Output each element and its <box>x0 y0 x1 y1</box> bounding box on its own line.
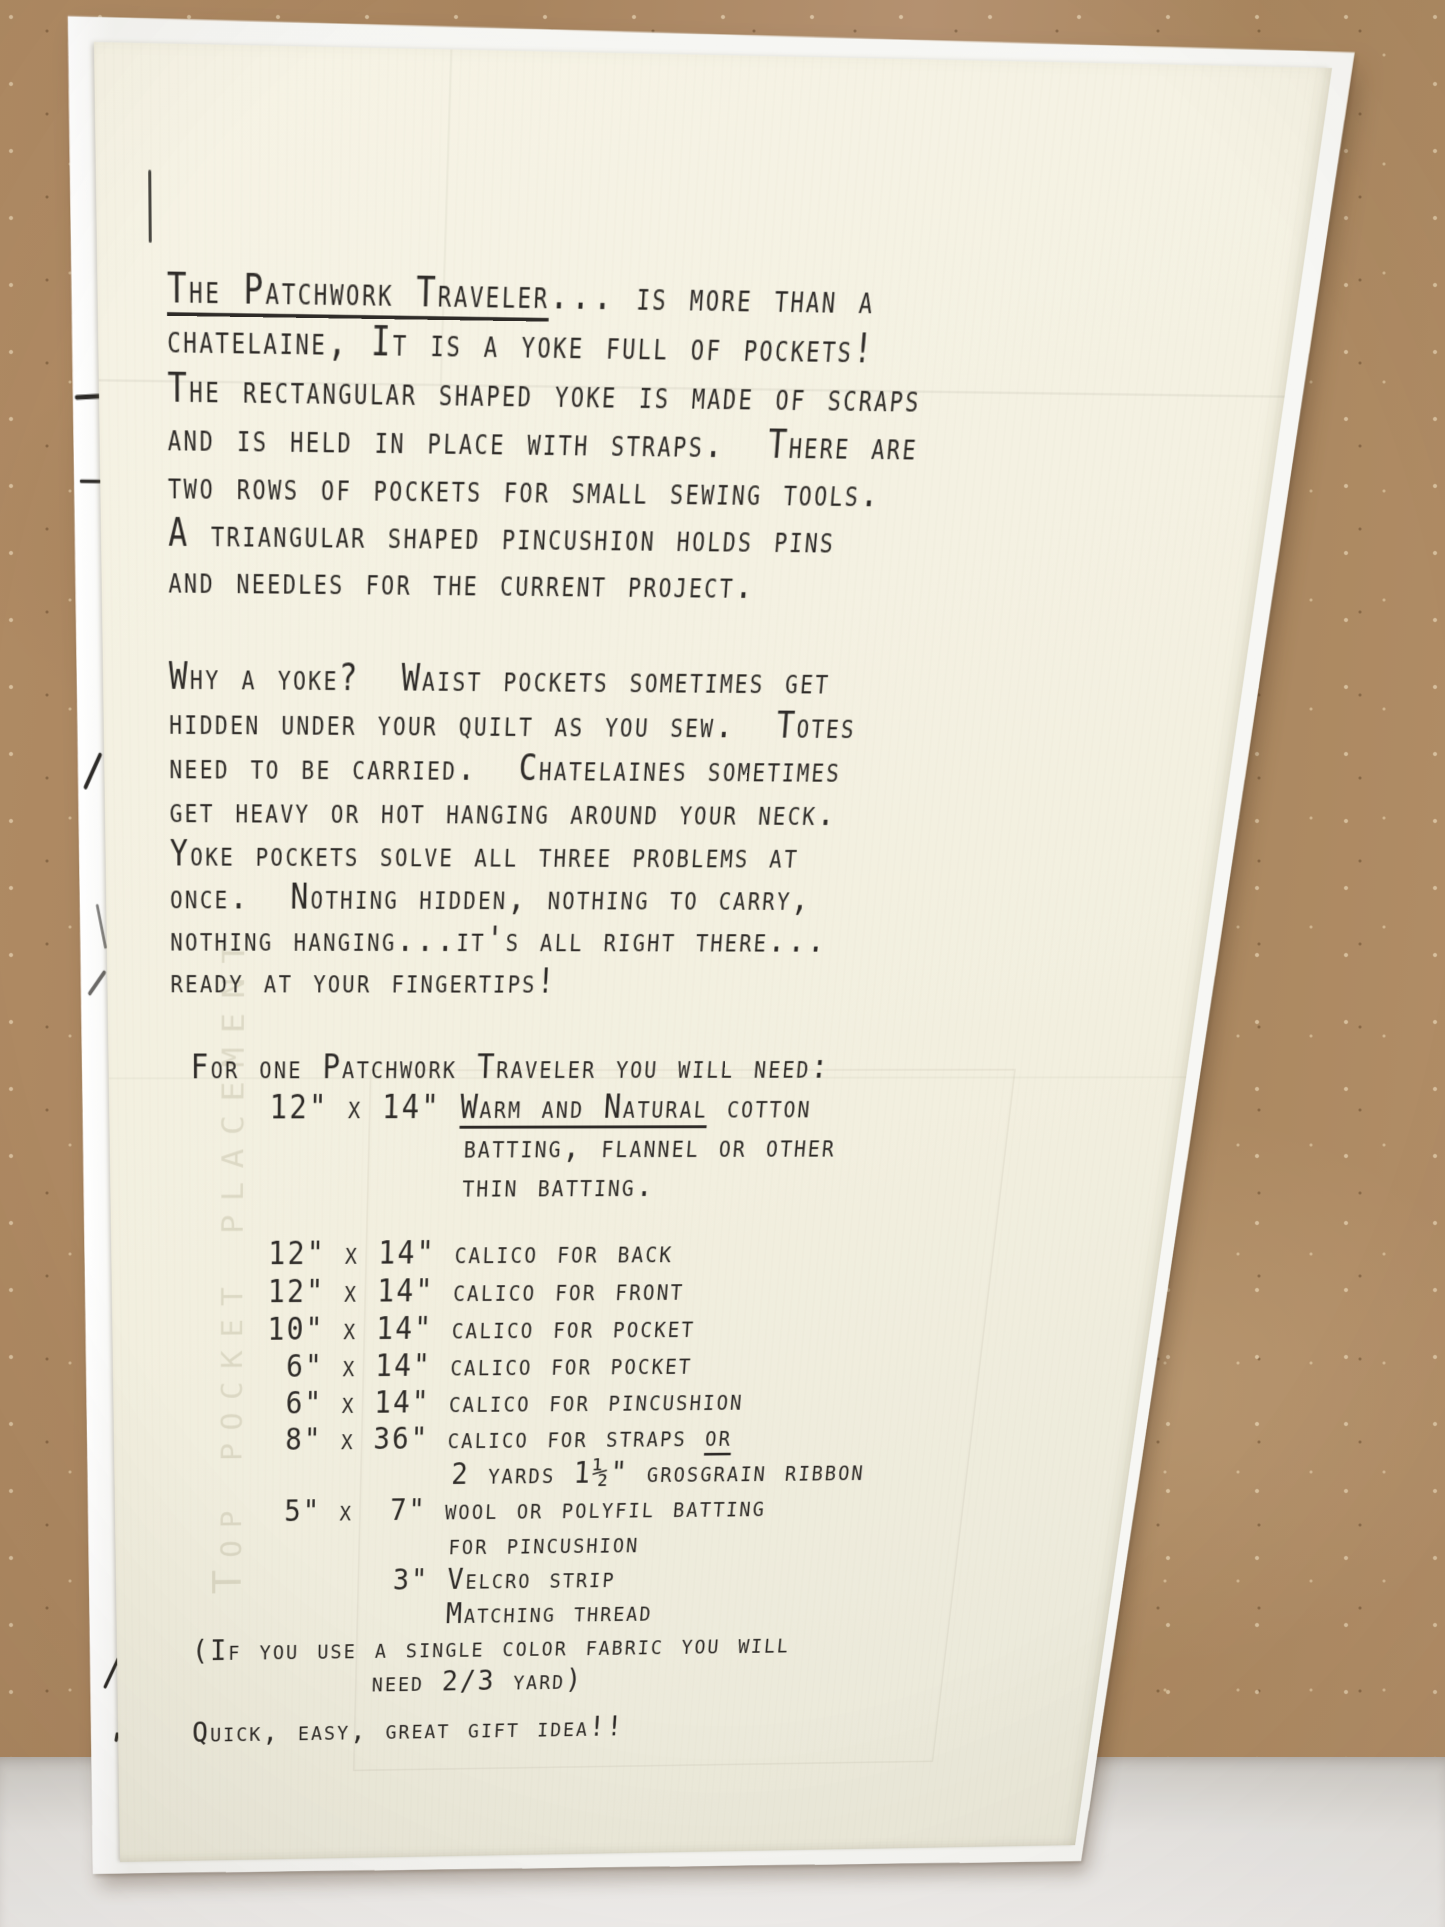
print-mark <box>83 752 102 790</box>
text-line: ready at your fingertips! <box>170 960 1185 1002</box>
materials-intro: For one Patchwork Traveler you will need… <box>171 1046 1174 1206</box>
text-line: nothing hanging...it's all right there..… <box>170 918 1191 962</box>
page-text: The Patchwork Traveler... is more than a… <box>167 263 1283 1749</box>
text-line: Why a yoke? Waist pockets sometimes get <box>169 653 1228 706</box>
text-line: hidden under your quilt as you sew. Tote… <box>169 699 1222 750</box>
photo-scene: Top pocket placement The Patchwork Trave… <box>0 0 1445 1927</box>
text-line: 12" x 14" Warm and Natural cotton <box>171 1086 1168 1127</box>
closing-line: Quick, easy, great gift idea!! <box>174 1703 1080 1749</box>
text-line: batting, flannel or other <box>171 1125 1162 1167</box>
text-line: 12" x 14" calico for front <box>172 1268 1142 1311</box>
text-line: For one Patchwork Traveler you will need… <box>171 1046 1174 1087</box>
text-line: get heavy or hot hanging around your nec… <box>169 788 1209 836</box>
print-mark <box>80 479 101 483</box>
why-a-yoke-paragraph: Why a yoke? Waist pockets sometimes geth… <box>169 653 1228 1002</box>
intro-paragraph: The Patchwork Traveler... is more than a… <box>167 263 1283 613</box>
text-line: and needles for the current project. <box>168 556 1241 612</box>
text-line: thin batting. <box>171 1164 1156 1206</box>
text-line: Yoke pockets solve all three problems at <box>170 832 1204 879</box>
materials-list: 12" x 14" calico for back 12" x 14" cali… <box>172 1230 1148 1701</box>
print-mark <box>96 904 107 949</box>
closing-paragraph: Quick, easy, great gift idea!! <box>174 1703 1080 1749</box>
print-mark <box>87 970 106 996</box>
text-line: once. Nothing hidden, nothing to carry, <box>170 875 1198 920</box>
text-line: need to be carried. Chatelaines sometime… <box>169 744 1215 794</box>
print-mark <box>148 170 152 243</box>
text-line: 12" x 14" calico for back <box>172 1230 1148 1273</box>
